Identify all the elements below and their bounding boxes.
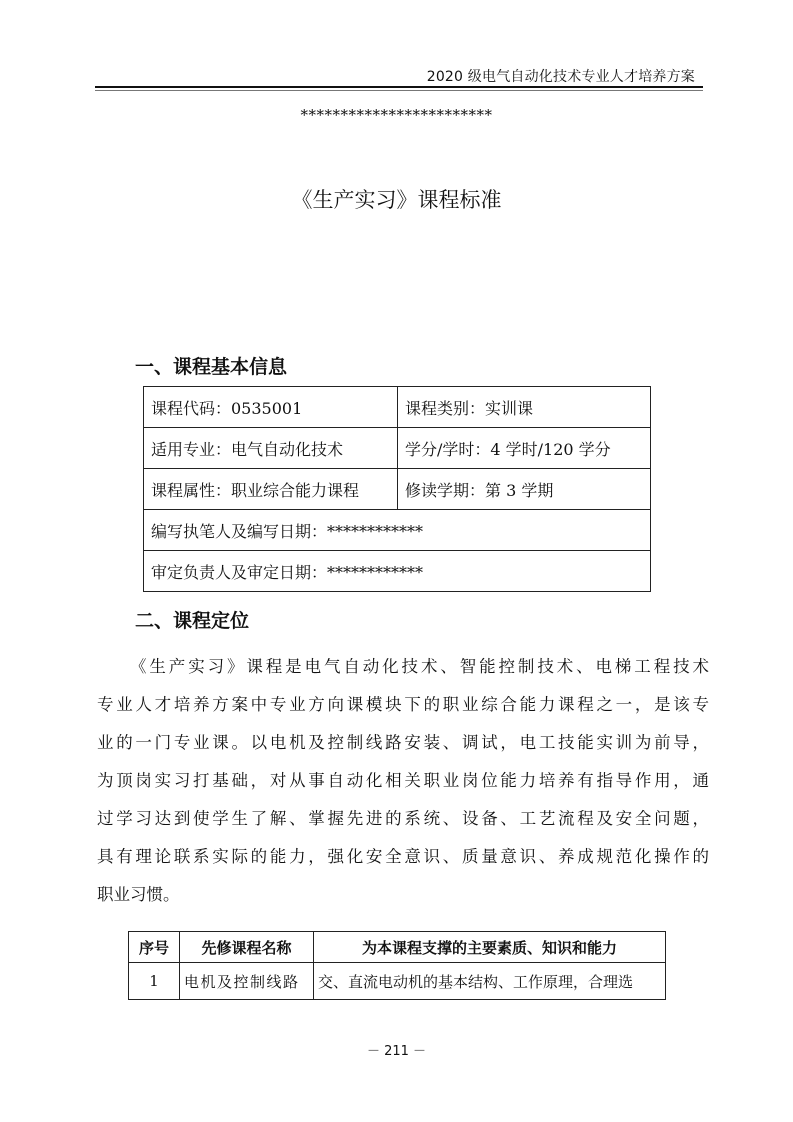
paragraph-line: 专业人才培养方案中专业方向课模块下的职业综合能力课程之一，是该专 — [97, 686, 709, 724]
header-support: 为本课程支撑的主要素质、知识和能力 — [314, 932, 666, 963]
table-row: 课程属性：职业综合能力课程 修读学期：第 3 学期 — [144, 469, 651, 510]
course-attribute-cell: 课程属性：职业综合能力课程 — [144, 469, 398, 510]
table-row: 1 电机及控制线路 交、直流电动机的基本结构、工作原理，合理选 — [129, 963, 666, 1000]
table-row: 课程代码：0535001 课程类别：实训课 — [144, 387, 651, 428]
section-heading-positioning: 二、课程定位 — [135, 606, 249, 633]
header-index: 序号 — [129, 932, 180, 963]
paragraph-line: 过学习达到使学生了解、掌握先进的系统、设备、工艺流程及安全问题， — [97, 800, 709, 838]
semester-cell: 修读学期：第 3 学期 — [398, 469, 651, 510]
course-type-cell: 课程类别：实训课 — [398, 387, 651, 428]
course-code-cell: 课程代码：0535001 — [144, 387, 398, 428]
row-index: 1 — [129, 963, 180, 1000]
paragraph-line: 业的一门专业课。以电机及控制线路安装、调试，电工技能实训为前导， — [97, 724, 709, 762]
header-rule-thick — [95, 86, 703, 88]
row-support: 交、直流电动机的基本结构、工作原理，合理选 — [314, 963, 666, 1000]
table-row: 审定负责人及审定日期：************ — [144, 551, 651, 592]
header-rule-thin — [95, 90, 703, 91]
paragraph-line: 职业习惯。 — [97, 876, 709, 914]
major-cell: 适用专业：电气自动化技术 — [144, 428, 398, 469]
course-info-table: 课程代码：0535001 课程类别：实训课 适用专业：电气自动化技术 学分/学时… — [143, 386, 651, 592]
redacted-stars: ************************ — [0, 106, 793, 124]
page-header: 2020 级电气自动化技术专业人才培养方案 — [95, 60, 703, 90]
document-title: 《生产实习》课程标准 — [0, 184, 793, 214]
reviewer-date-cell: 审定负责人及审定日期：************ — [144, 551, 651, 592]
table-header-row: 序号 先修课程名称 为本课程支撑的主要素质、知识和能力 — [129, 932, 666, 963]
paragraph-line: 《生产实习》课程是电气自动化技术、智能控制技术、电梯工程技术 — [97, 648, 709, 686]
table-row: 适用专业：电气自动化技术 学分/学时：4 学时/120 学分 — [144, 428, 651, 469]
credit-hours-cell: 学分/学时：4 学时/120 学分 — [398, 428, 651, 469]
row-course-name: 电机及控制线路 — [180, 963, 314, 1000]
running-title: 2020 级电气自动化技术专业人才培养方案 — [427, 66, 695, 86]
page-number: － 211 － — [0, 1040, 793, 1059]
table-row: 编写执笔人及编写日期：************ — [144, 510, 651, 551]
header-course-name: 先修课程名称 — [180, 932, 314, 963]
paragraph-line: 为顶岗实习打基础，对从事自动化相关职业岗位能力培养有指导作用，通 — [97, 762, 709, 800]
positioning-paragraph: 《生产实习》课程是电气自动化技术、智能控制技术、电梯工程技术 专业人才培养方案中… — [97, 648, 709, 914]
prerequisite-table: 序号 先修课程名称 为本课程支撑的主要素质、知识和能力 1 电机及控制线路 交、… — [128, 931, 666, 1000]
author-date-cell: 编写执笔人及编写日期：************ — [144, 510, 651, 551]
paragraph-line: 具有理论联系实际的能力，强化安全意识、质量意识、养成规范化操作的 — [97, 838, 709, 876]
section-heading-basic-info: 一、课程基本信息 — [135, 352, 287, 379]
